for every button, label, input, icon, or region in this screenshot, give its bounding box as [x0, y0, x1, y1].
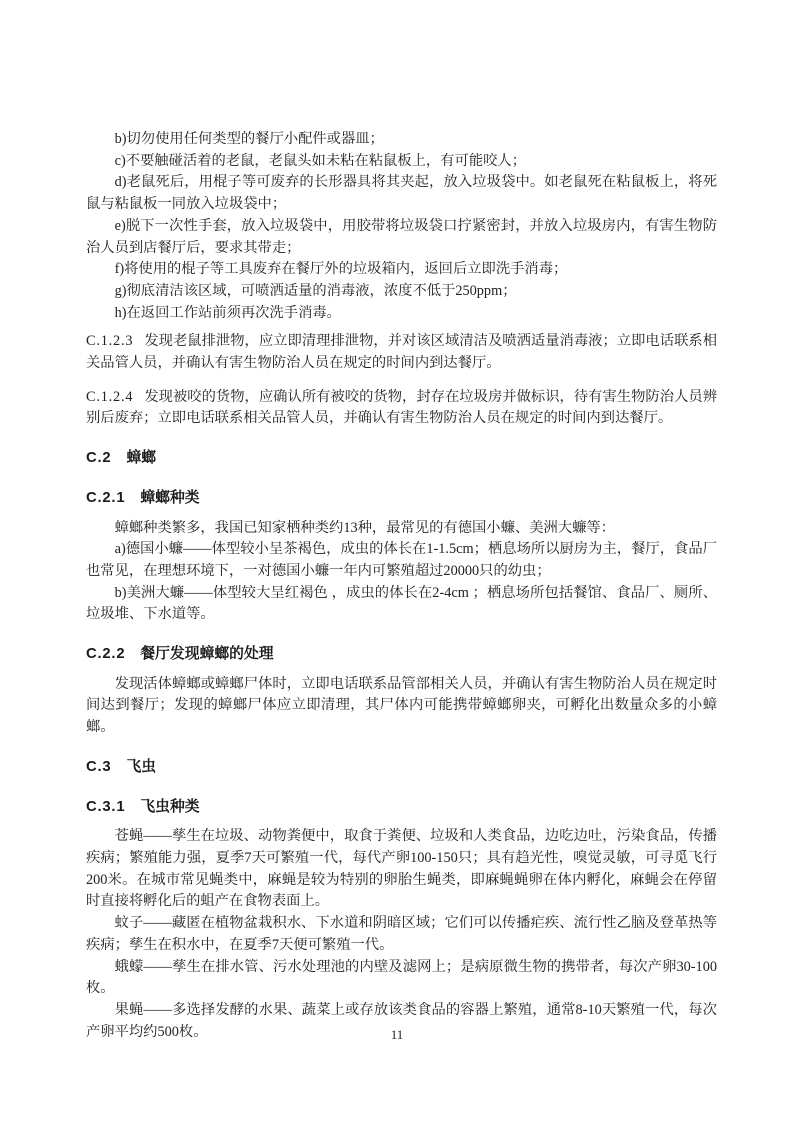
paragraph-mosquito: 蚊子——藏匿在植物盆栽积水、下水道和阴暗区域；它们可以传播疟疾、流行性乙脑及登革…	[86, 913, 717, 956]
list-item-g: g)彻底清洁该区域，可喷洒适量的消毒液，浓度不低于250ppm；	[86, 281, 717, 303]
document-page: b)切勿使用任何类型的餐厅小配件或器皿； c)不要触碰活着的老鼠，老鼠头如未粘在…	[0, 0, 794, 1123]
section-heading-c31: C.3.1飞虫种类	[86, 797, 717, 819]
section-title: 蟑螂种类	[140, 490, 199, 506]
paragraph-german-cockroach: a)德国小蠊——体型较小呈茶褐色，成虫的体长在1-1.5cm；栖息场所以厨房为主…	[86, 539, 717, 582]
section-title: 蟑螂	[126, 450, 156, 466]
clause-c123: C.1.2.3发现老鼠排泄物，应立即清理排泄物，并对该区域清洁及喷洒适量消毒液；…	[86, 331, 717, 374]
paragraph-housefly: 苍蝇——孳生在垃圾、动物粪便中，取食于粪便、垃圾和人类食品，边吃边吐，污染食品，…	[86, 826, 717, 913]
list-item-c: c)不要触碰活着的老鼠，老鼠头如未粘在粘鼠板上，有可能咬人；	[86, 151, 717, 173]
page-content: b)切勿使用任何类型的餐厅小配件或器皿； c)不要触碰活着的老鼠，老鼠头如未粘在…	[86, 129, 717, 1043]
clause-text: 发现老鼠排泄物，应立即清理排泄物，并对该区域清洁及喷洒适量消毒液；立即电话联系相…	[86, 333, 717, 371]
clause-number: C.1.2.3	[86, 333, 133, 349]
section-title: 餐厅发现蟑螂的处理	[140, 646, 273, 662]
paragraph-moth-fly: 蛾蠓——孳生在排水管、污水处理池的内壁及滤网上；是病原微生物的携带者，每次产卵3…	[86, 957, 717, 1000]
paragraph-american-cockroach: b)美洲大蠊——体型较大呈红褐色 ，成虫的体长在2-4cm ；栖息场所包括餐馆、…	[86, 583, 717, 626]
section-heading-c21: C.2.1蟑螂种类	[86, 488, 717, 510]
section-title: 飞虫种类	[140, 799, 199, 815]
paragraph-cockroach-intro: 蟑螂种类繁多，我国已知家栖种类约13种，最常见的有德国小蠊、美洲大蠊等：	[86, 518, 717, 540]
section-heading-c22: C.2.2餐厅发现蟑螂的处理	[86, 644, 717, 666]
paragraph-cockroach-handling: 发现活体蟑螂或蟑螂尸体时，立即电话联系品管部相关人员，并确认有害生物防治人员在规…	[86, 674, 717, 739]
section-number: C.2	[86, 450, 111, 466]
section-number: C.3.1	[86, 799, 125, 815]
list-item-d: d)老鼠死后，用棍子等可废弃的长形器具将其夹起，放入垃圾袋中。如老鼠死在粘鼠板上…	[86, 172, 717, 215]
section-heading-c3: C.3飞虫	[86, 757, 717, 779]
section-number: C.3	[86, 759, 111, 775]
list-item-b: b)切勿使用任何类型的餐厅小配件或器皿；	[86, 129, 717, 151]
section-number: C.2.2	[86, 646, 125, 662]
section-title: 飞虫	[126, 759, 156, 775]
list-item-e: e)脱下一次性手套，放入垃圾袋中，用胶带将垃圾袋口拧紧密封，并放入垃圾房内，有害…	[86, 216, 717, 259]
list-item-f: f)将使用的棍子等工具废弃在餐厅外的垃圾箱内，返回后立即洗手消毒；	[86, 259, 717, 281]
section-number: C.2.1	[86, 490, 125, 506]
clause-number: C.1.2.4	[86, 389, 133, 405]
clause-c124: C.1.2.4发现被咬的货物，应确认所有被咬的货物，封存在垃圾房并做标识，待有害…	[86, 387, 717, 430]
clause-text: 发现被咬的货物，应确认所有被咬的货物，封存在垃圾房并做标识，待有害生物防治人员辨…	[86, 389, 717, 427]
page-number: 11	[0, 1026, 794, 1044]
section-heading-c2: C.2蟑螂	[86, 448, 717, 470]
list-item-h: h)在返回工作站前须再次洗手消毒。	[86, 303, 717, 325]
